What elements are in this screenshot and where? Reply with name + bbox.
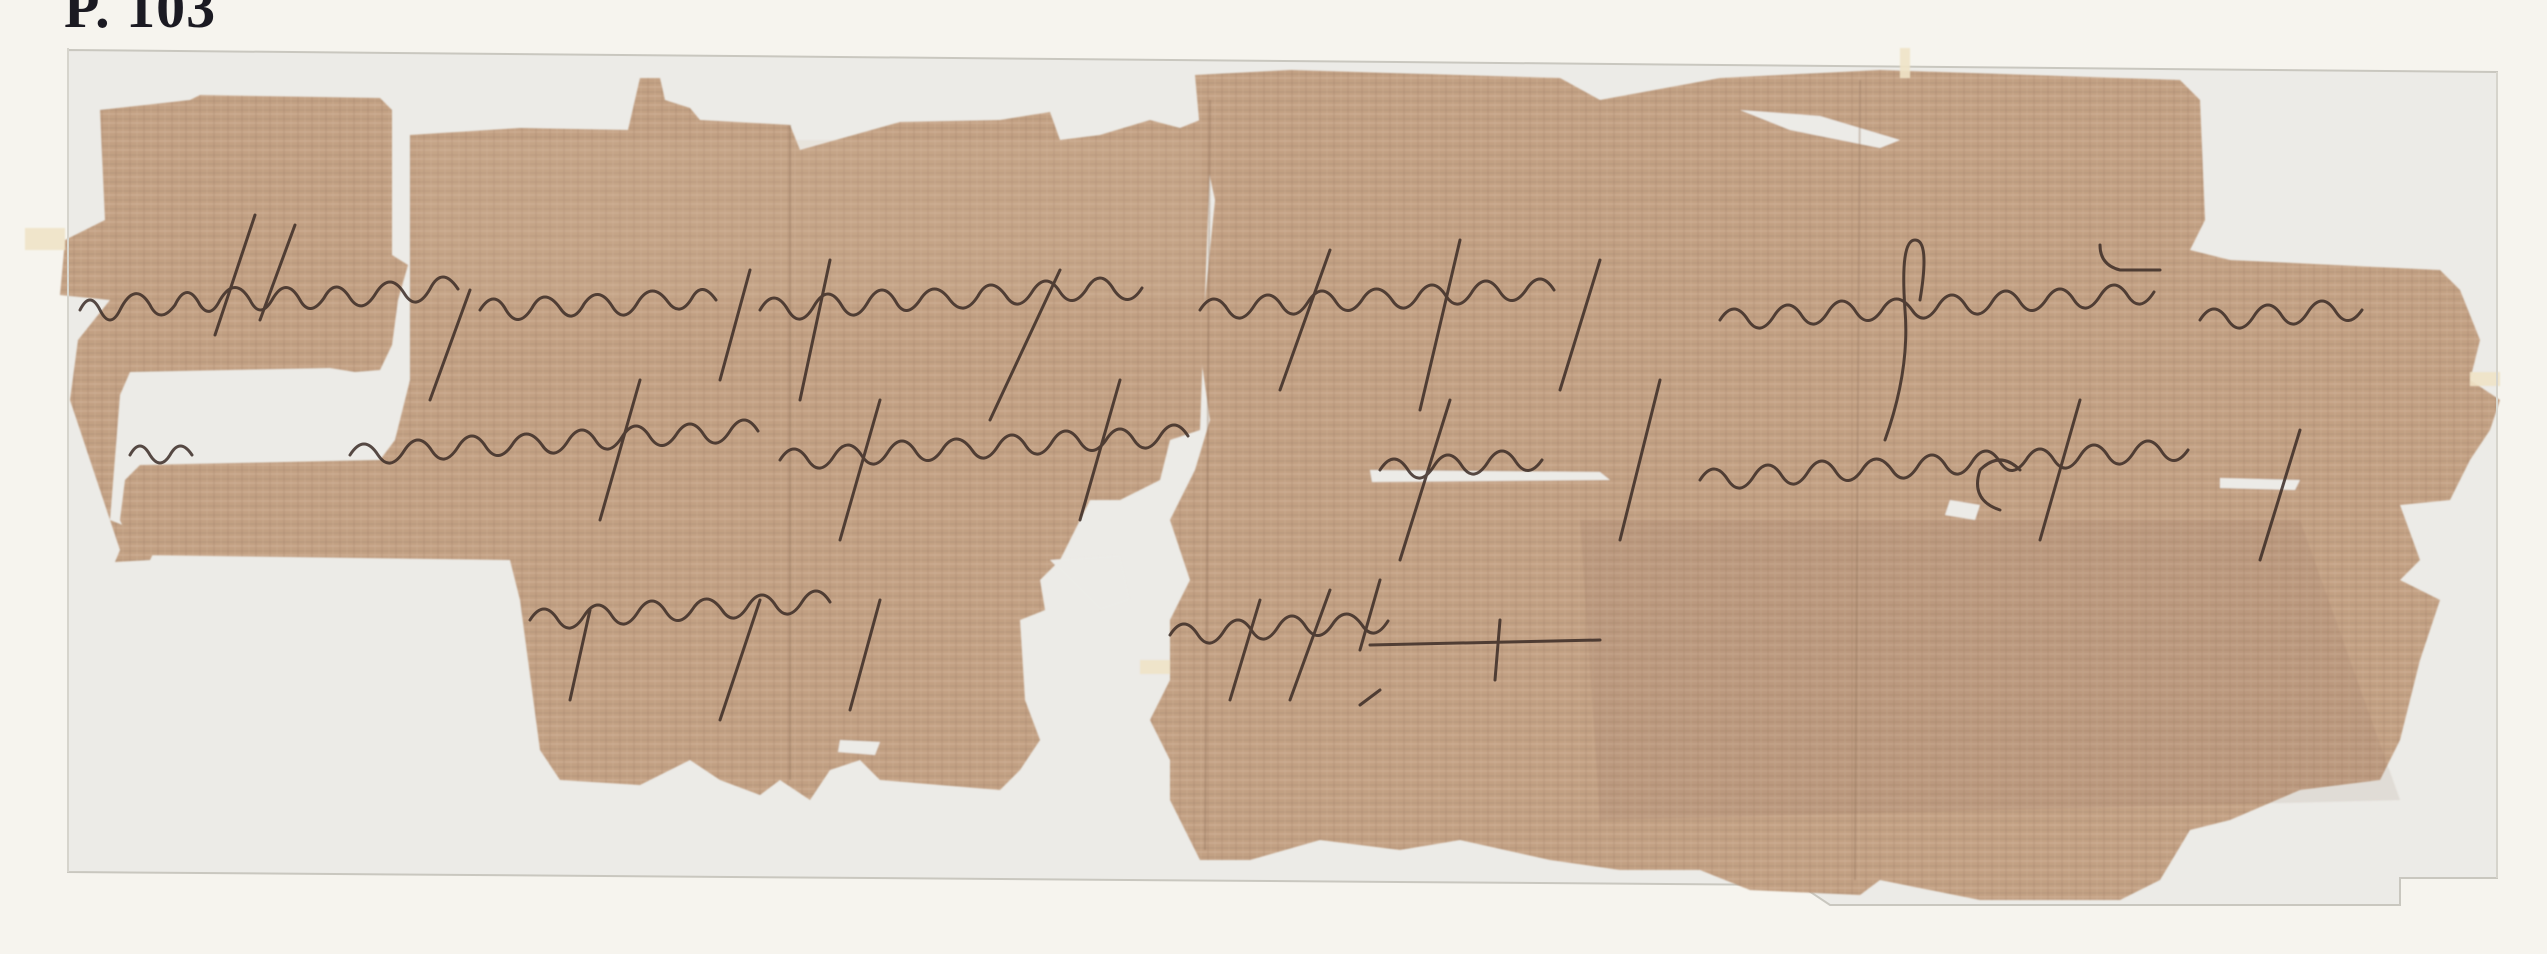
papyrus-mount — [0, 0, 2547, 954]
